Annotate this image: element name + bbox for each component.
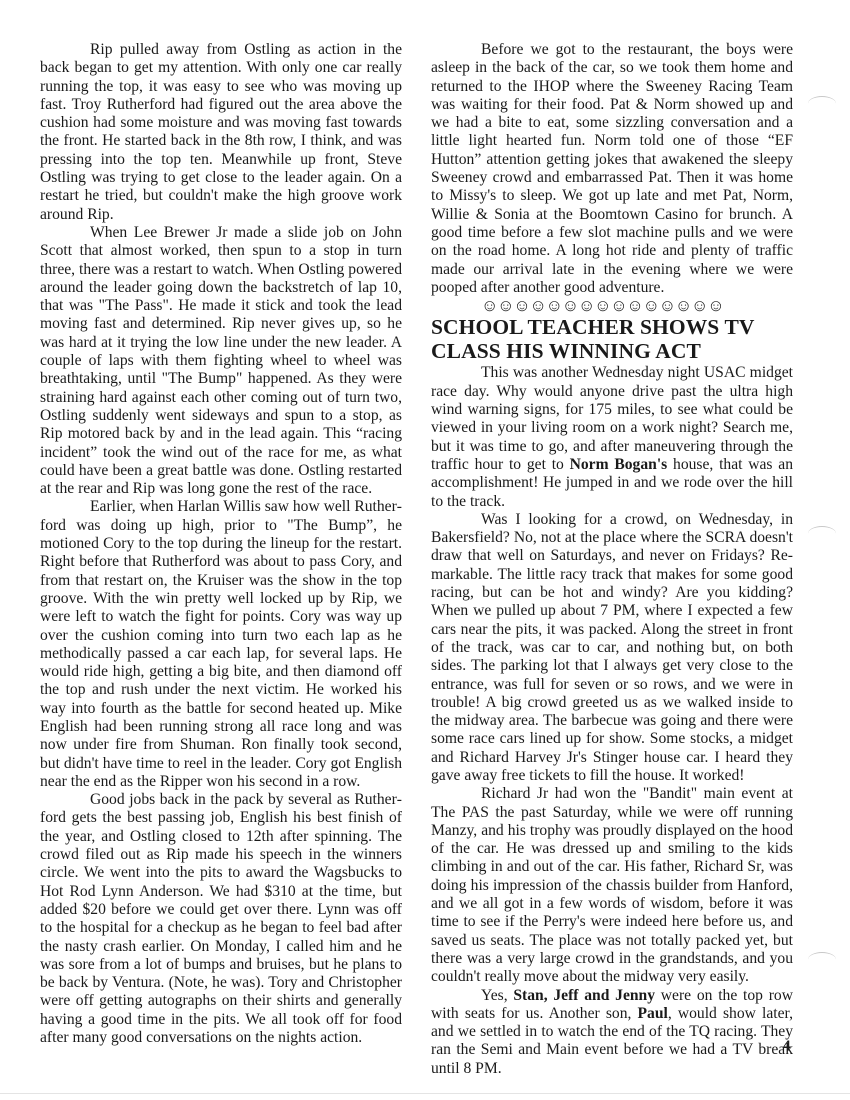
paragraph: Before we got to the restaurant, the boy… [431,41,793,297]
bold-name: Norm Bogan's [570,456,668,473]
bold-names: Stan, Jeff and Jenny [513,987,655,1004]
scan-edge-line [0,1093,850,1094]
paragraph: When Lee Brewer Jr made a slide job on J… [40,224,402,498]
bold-name: Paul [638,1005,668,1022]
paragraph: This was another Wednesday night USAC mi… [431,364,793,510]
paragraph: Yes, Stan, Jeff and Jenny were on the to… [431,987,793,1078]
paragraph: Earlier, when Harlan Willis saw how well… [40,498,402,791]
newsletter-page: Rip pulled away from Ostling as action i… [0,0,850,1100]
paragraph: Was I looking for a crowd, on Wednesday,… [431,511,793,785]
left-column: Rip pulled away from Ostling as action i… [40,41,402,1047]
text: Yes, [481,987,513,1004]
page-number: 4 [783,1038,791,1055]
scan-hole-mark-icon [808,96,836,111]
scan-hole-mark-icon [808,952,836,967]
scan-hole-mark-icon [808,526,836,541]
paragraph: Richard Jr had won the "Bandit" main eve… [431,785,793,986]
paragraph: Good jobs back in the pack by several as… [40,791,402,1047]
article-headline: SCHOOL TEACHER SHOWS TV CLASS HIS WINNIN… [431,316,793,363]
smiley-divider-icons: ☺☺☺☺☺☺☺☺☺☺☺☺☺☺☺ [431,297,793,315]
right-column: Before we got to the restaurant, the boy… [431,41,793,1078]
paragraph: Rip pulled away from Ostling as action i… [40,41,402,224]
